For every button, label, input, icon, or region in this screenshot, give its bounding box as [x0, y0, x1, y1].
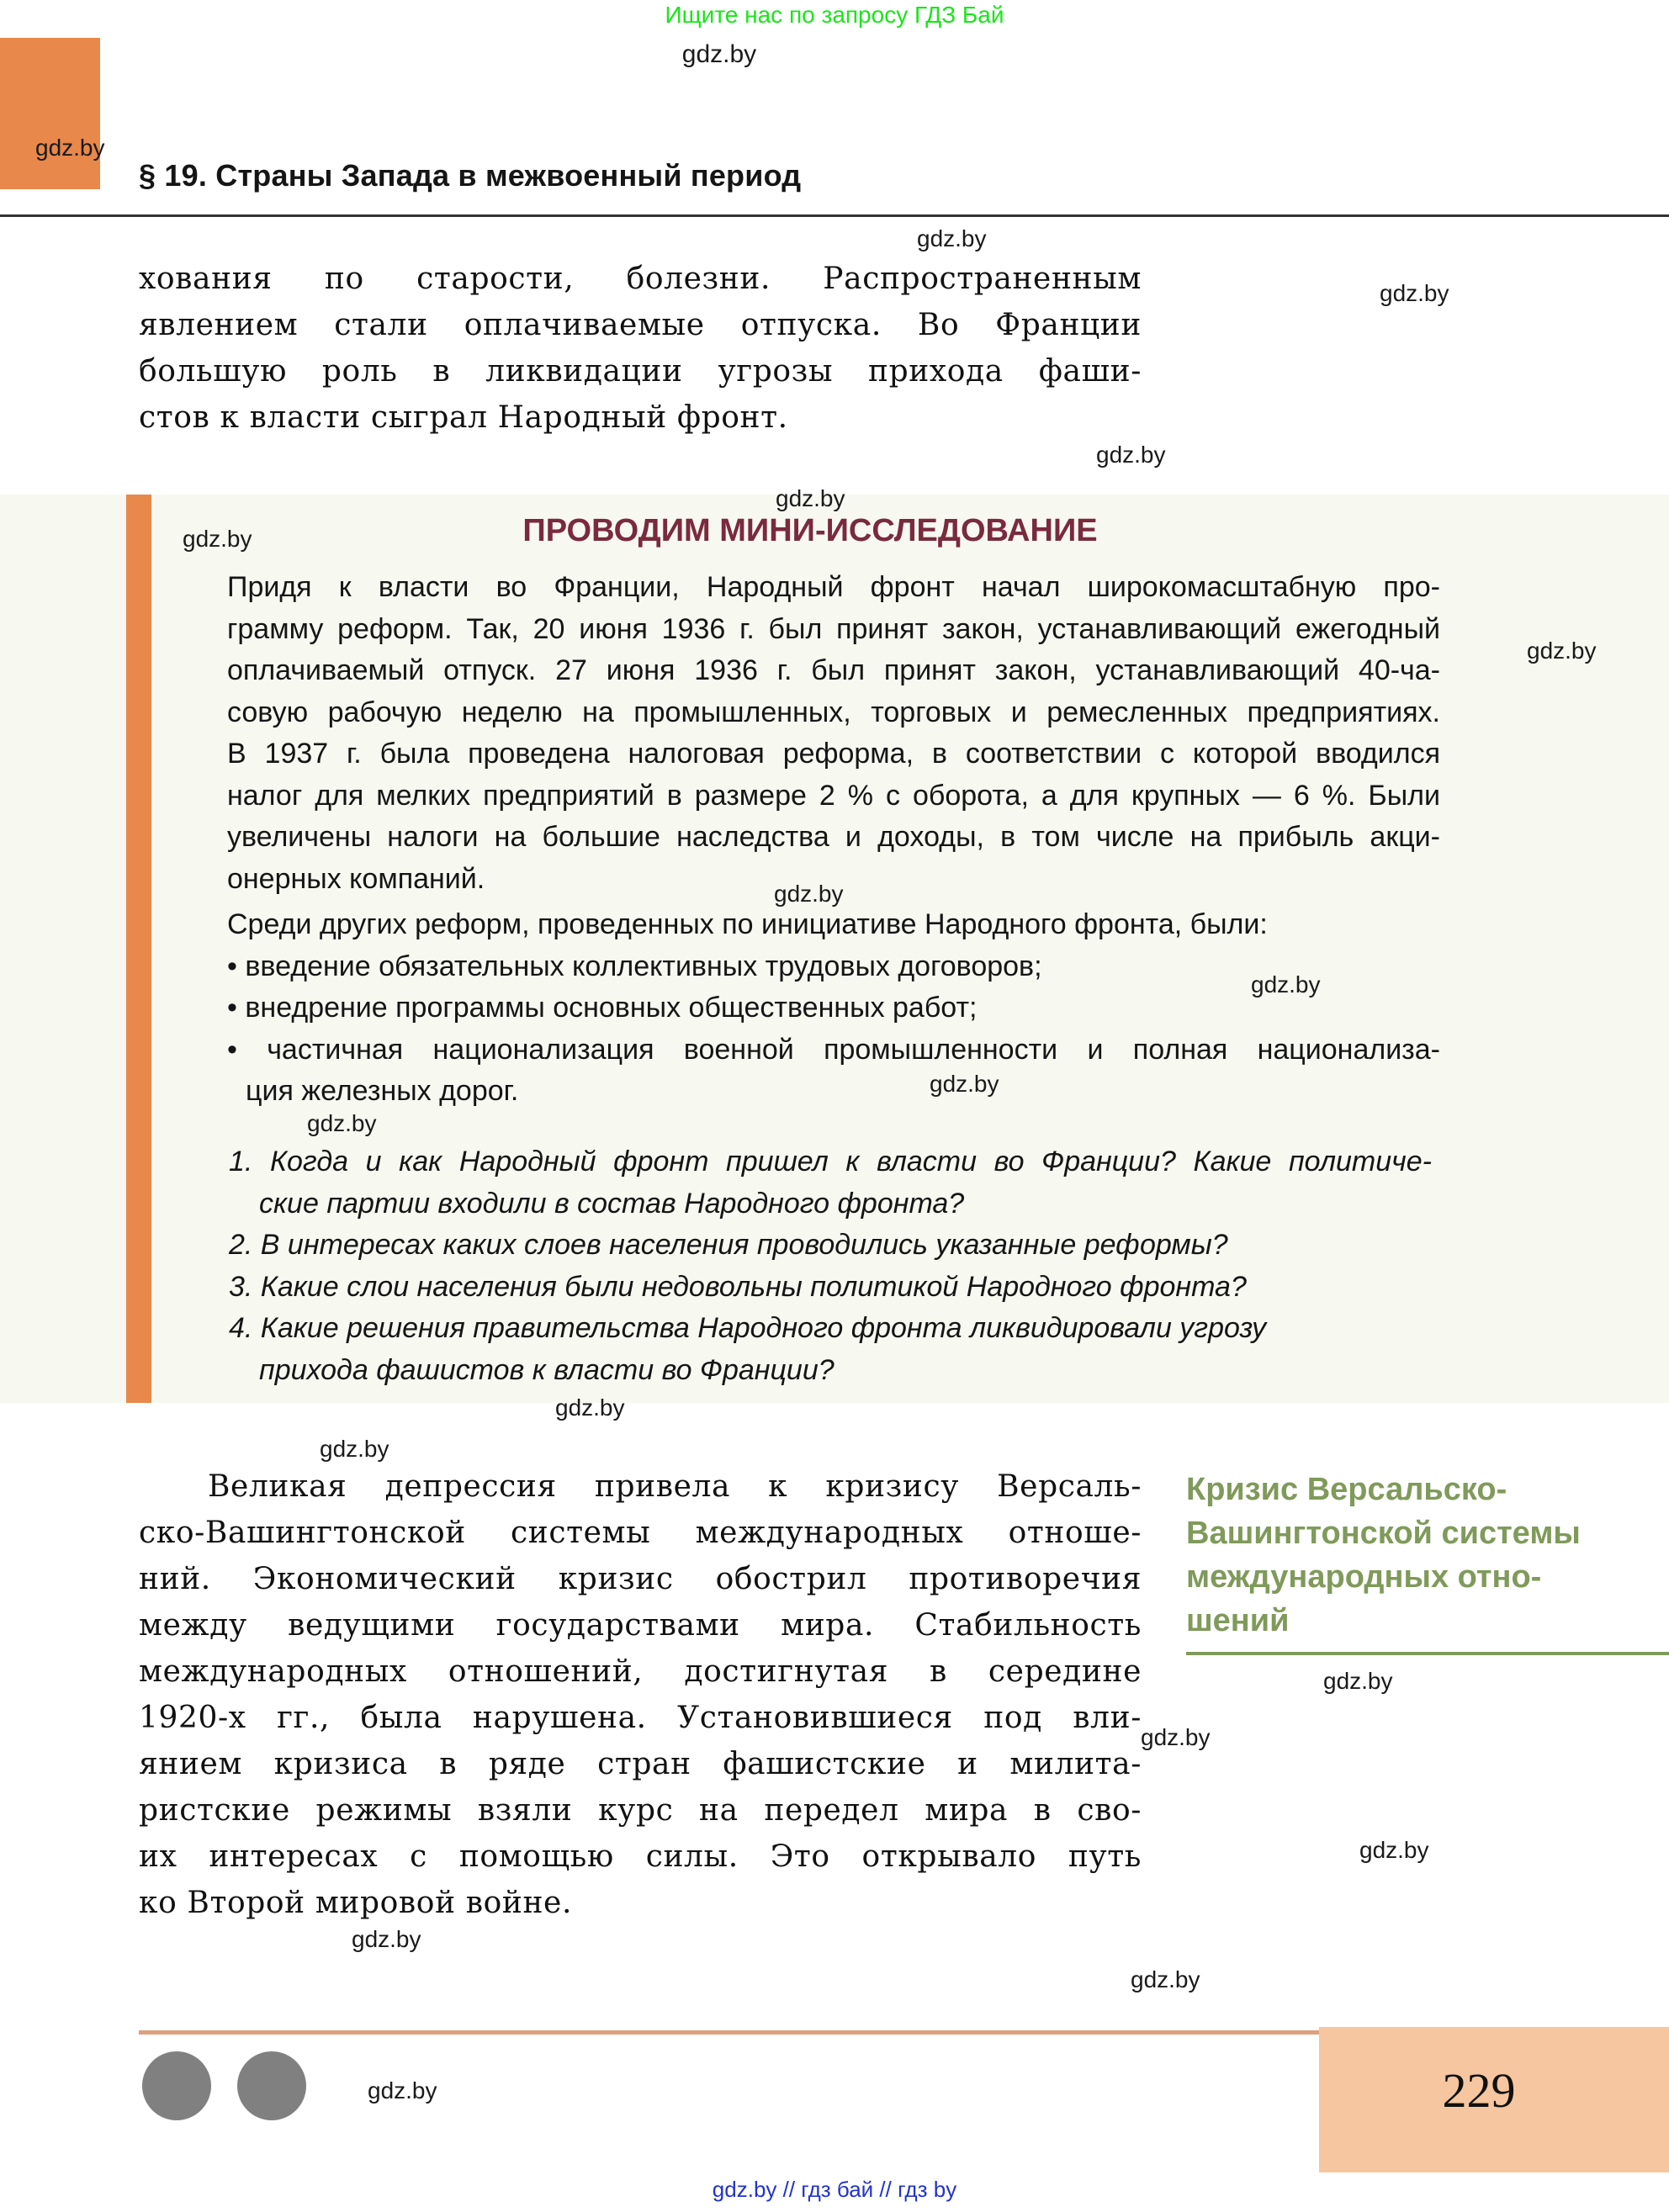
text-line: большую роль в ликвидации угрозы прихода… [139, 348, 1142, 394]
page-number: 229 [1319, 2062, 1639, 2119]
search-hint-banner: Ищите нас по запросу ГДЗ Бай [0, 2, 1669, 29]
question-item: 3. Какие слои населения были недовольны … [229, 1267, 1432, 1309]
watermark: gdz.by [1323, 1668, 1393, 1695]
text-line: ний. Экономический кризис обострил проти… [139, 1556, 1142, 1602]
text-line: их интересах с помощью силы. Это открыва… [139, 1834, 1142, 1880]
question-item: 2. В интересах каких слоев населения про… [229, 1225, 1432, 1267]
watermark: gdz.by [930, 1071, 999, 1098]
watermark: gdz.by [352, 1926, 421, 1953]
text-line: В 1937 г. была проведена налоговая рефор… [227, 733, 1440, 775]
text-line: международных отношений, достигнутая в с… [139, 1648, 1142, 1695]
side-heading: Кризис Версальско- Вашингтонской системы… [1186, 1468, 1657, 1643]
text-line: явлением стали оплачиваемые отпуска. Во … [139, 302, 1142, 348]
text-line: янием кризиса в ряде стран фашистские и … [139, 1741, 1142, 1787]
watermark: gdz.by [776, 485, 845, 512]
questions-list: 1. Когда и как Народный фронт пришел к в… [229, 1141, 1432, 1391]
text-line: ристские режимы взяли курс на передел ми… [139, 1787, 1142, 1834]
watermark: gdz.by [1380, 280, 1449, 307]
header-divider [0, 214, 1669, 217]
question-item-continued: ские партии входили в состав Народного ф… [229, 1183, 1432, 1225]
bullet-item: • частичная национализация военной промы… [227, 1029, 1440, 1072]
question-item-continued: прихода фашистов к власти во Франции? [229, 1350, 1432, 1392]
reforms-text: Придя к власти во Франции, Народный фрон… [227, 567, 1440, 900]
text-line: совую рабочую неделю на промышленных, то… [227, 692, 1440, 734]
watermark: gdz.by [320, 1436, 389, 1463]
bullet-item-continued: ция железных дорог. [227, 1071, 1440, 1113]
side-heading-rule [1186, 1652, 1669, 1655]
research-box-title: ПРОВОДИМ МИНИ-ИССЛЕДОВАНИЕ [0, 513, 1620, 549]
text-line: Среди других реформ, проведенных по иниц… [227, 904, 1440, 946]
text-line: ко Второй мировой войне. [139, 1880, 1142, 1926]
question-item: 4. Какие решения правительства Народного… [229, 1308, 1432, 1350]
question-item: 1. Когда и как Народный фронт пришел к в… [229, 1141, 1432, 1183]
text-line: хования по старости, болезни. Распростра… [139, 256, 1142, 302]
watermark: gdz.by [0, 40, 1439, 69]
other-reforms: Среди других реформ, проведенных по иниц… [227, 904, 1440, 1113]
watermark: gdz.by [1251, 971, 1321, 998]
watermark: gdz.by [307, 1110, 377, 1137]
watermark: gdz.by [1359, 1837, 1429, 1864]
side-heading-line: международных отно- [1186, 1555, 1657, 1599]
chapter-tab-marker [0, 38, 100, 189]
text-line: налог для мелких предприятий в размере 2… [227, 775, 1440, 818]
bottom-site-links[interactable]: gdz.by // гдз бай // гдз by [0, 2177, 1669, 2203]
chapter-title: § 19. Страны Запада в межвоенный период [139, 158, 801, 193]
text-line: грамму реформ. Так, 20 июня 1936 г. был … [227, 609, 1440, 651]
text-line: стов к власти сыграл Народный фронт. [139, 394, 1142, 441]
text-line: 1920-х гг., была нарушена. Установившиес… [139, 1695, 1142, 1741]
research-box-accent-bar [126, 495, 151, 1403]
watermark: gdz.by [1131, 1966, 1200, 1993]
side-heading-line: шений [1186, 1599, 1657, 1643]
text-line: Великая депрессия привела к кризису Верс… [139, 1463, 1142, 1510]
circle-marker-icon [237, 2051, 306, 2120]
watermark: gdz.by [1096, 442, 1166, 468]
side-heading-line: Кризис Версальско- [1186, 1468, 1657, 1511]
text-line: увеличены налоги на большие наследства и… [227, 817, 1440, 859]
watermark: gdz.by [1527, 638, 1597, 664]
watermark: gdz.by [35, 135, 105, 161]
text-line: между ведущими государствами мира. Стаби… [139, 1602, 1142, 1648]
side-heading-line: Вашингтонской системы [1186, 1511, 1657, 1555]
main-paragraph: Великая депрессия привела к кризису Верс… [139, 1463, 1142, 1926]
watermark: gdz.by [917, 225, 987, 252]
circle-marker-icon [142, 2051, 211, 2120]
text-line: оплачиваемый отпуск. 27 июня 1936 г. был… [227, 650, 1440, 692]
text-line: ско-Вашингтонской системы международных … [139, 1510, 1142, 1556]
text-line: Придя к власти во Франции, Народный фрон… [227, 567, 1440, 609]
watermark: gdz.by [555, 1394, 625, 1421]
watermark: gdz.by [1141, 1724, 1211, 1751]
intro-paragraph: хования по старости, болезни. Распростра… [139, 256, 1142, 441]
watermark: gdz.by [368, 2077, 437, 2104]
